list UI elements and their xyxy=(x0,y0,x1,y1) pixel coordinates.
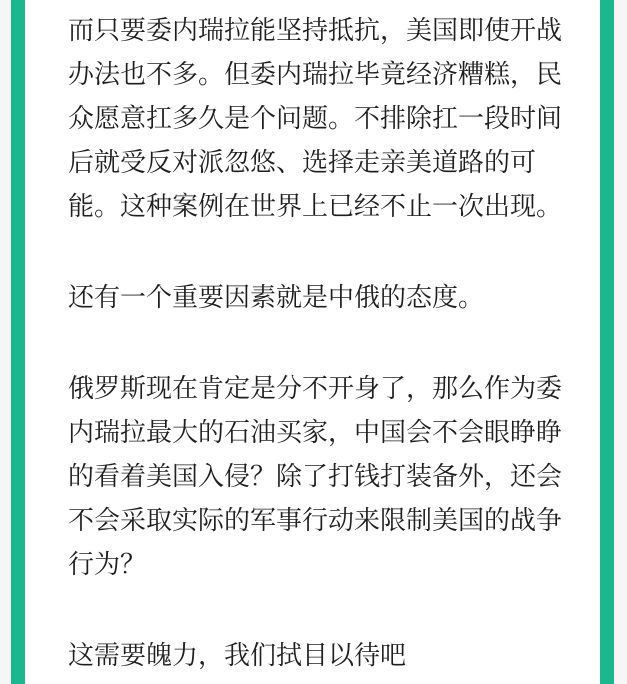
article-paragraph: 俄罗斯现在肯定是分不开身了，那么作为委内瑞拉最大的石油买家，中国会不会眼睁睁的看… xyxy=(68,366,565,586)
article-page-background: 而只要委内瑞拉能坚持抵抗，美国即使开战办法也不多。但委内瑞拉毕竟经济糟糕，民众愿… xyxy=(11,0,614,684)
article-body: 而只要委内瑞拉能坚持抵抗，美国即使开战办法也不多。但委内瑞拉毕竟经济糟糕，民众愿… xyxy=(25,0,600,677)
reader-viewport: { "page": { "outer_background_color": "#… xyxy=(0,0,627,684)
article-card: 而只要委内瑞拉能坚持抵抗，美国即使开战办法也不多。但委内瑞拉毕竟经济糟糕，民众愿… xyxy=(25,0,600,684)
article-paragraph: 而只要委内瑞拉能坚持抵抗，美国即使开战办法也不多。但委内瑞拉毕竟经济糟糕，民众愿… xyxy=(68,8,565,228)
article-paragraph: 这需要魄力，我们拭目以待吧 xyxy=(68,633,565,677)
article-paragraph: 还有一个重要因素就是中俄的态度。 xyxy=(68,275,565,319)
